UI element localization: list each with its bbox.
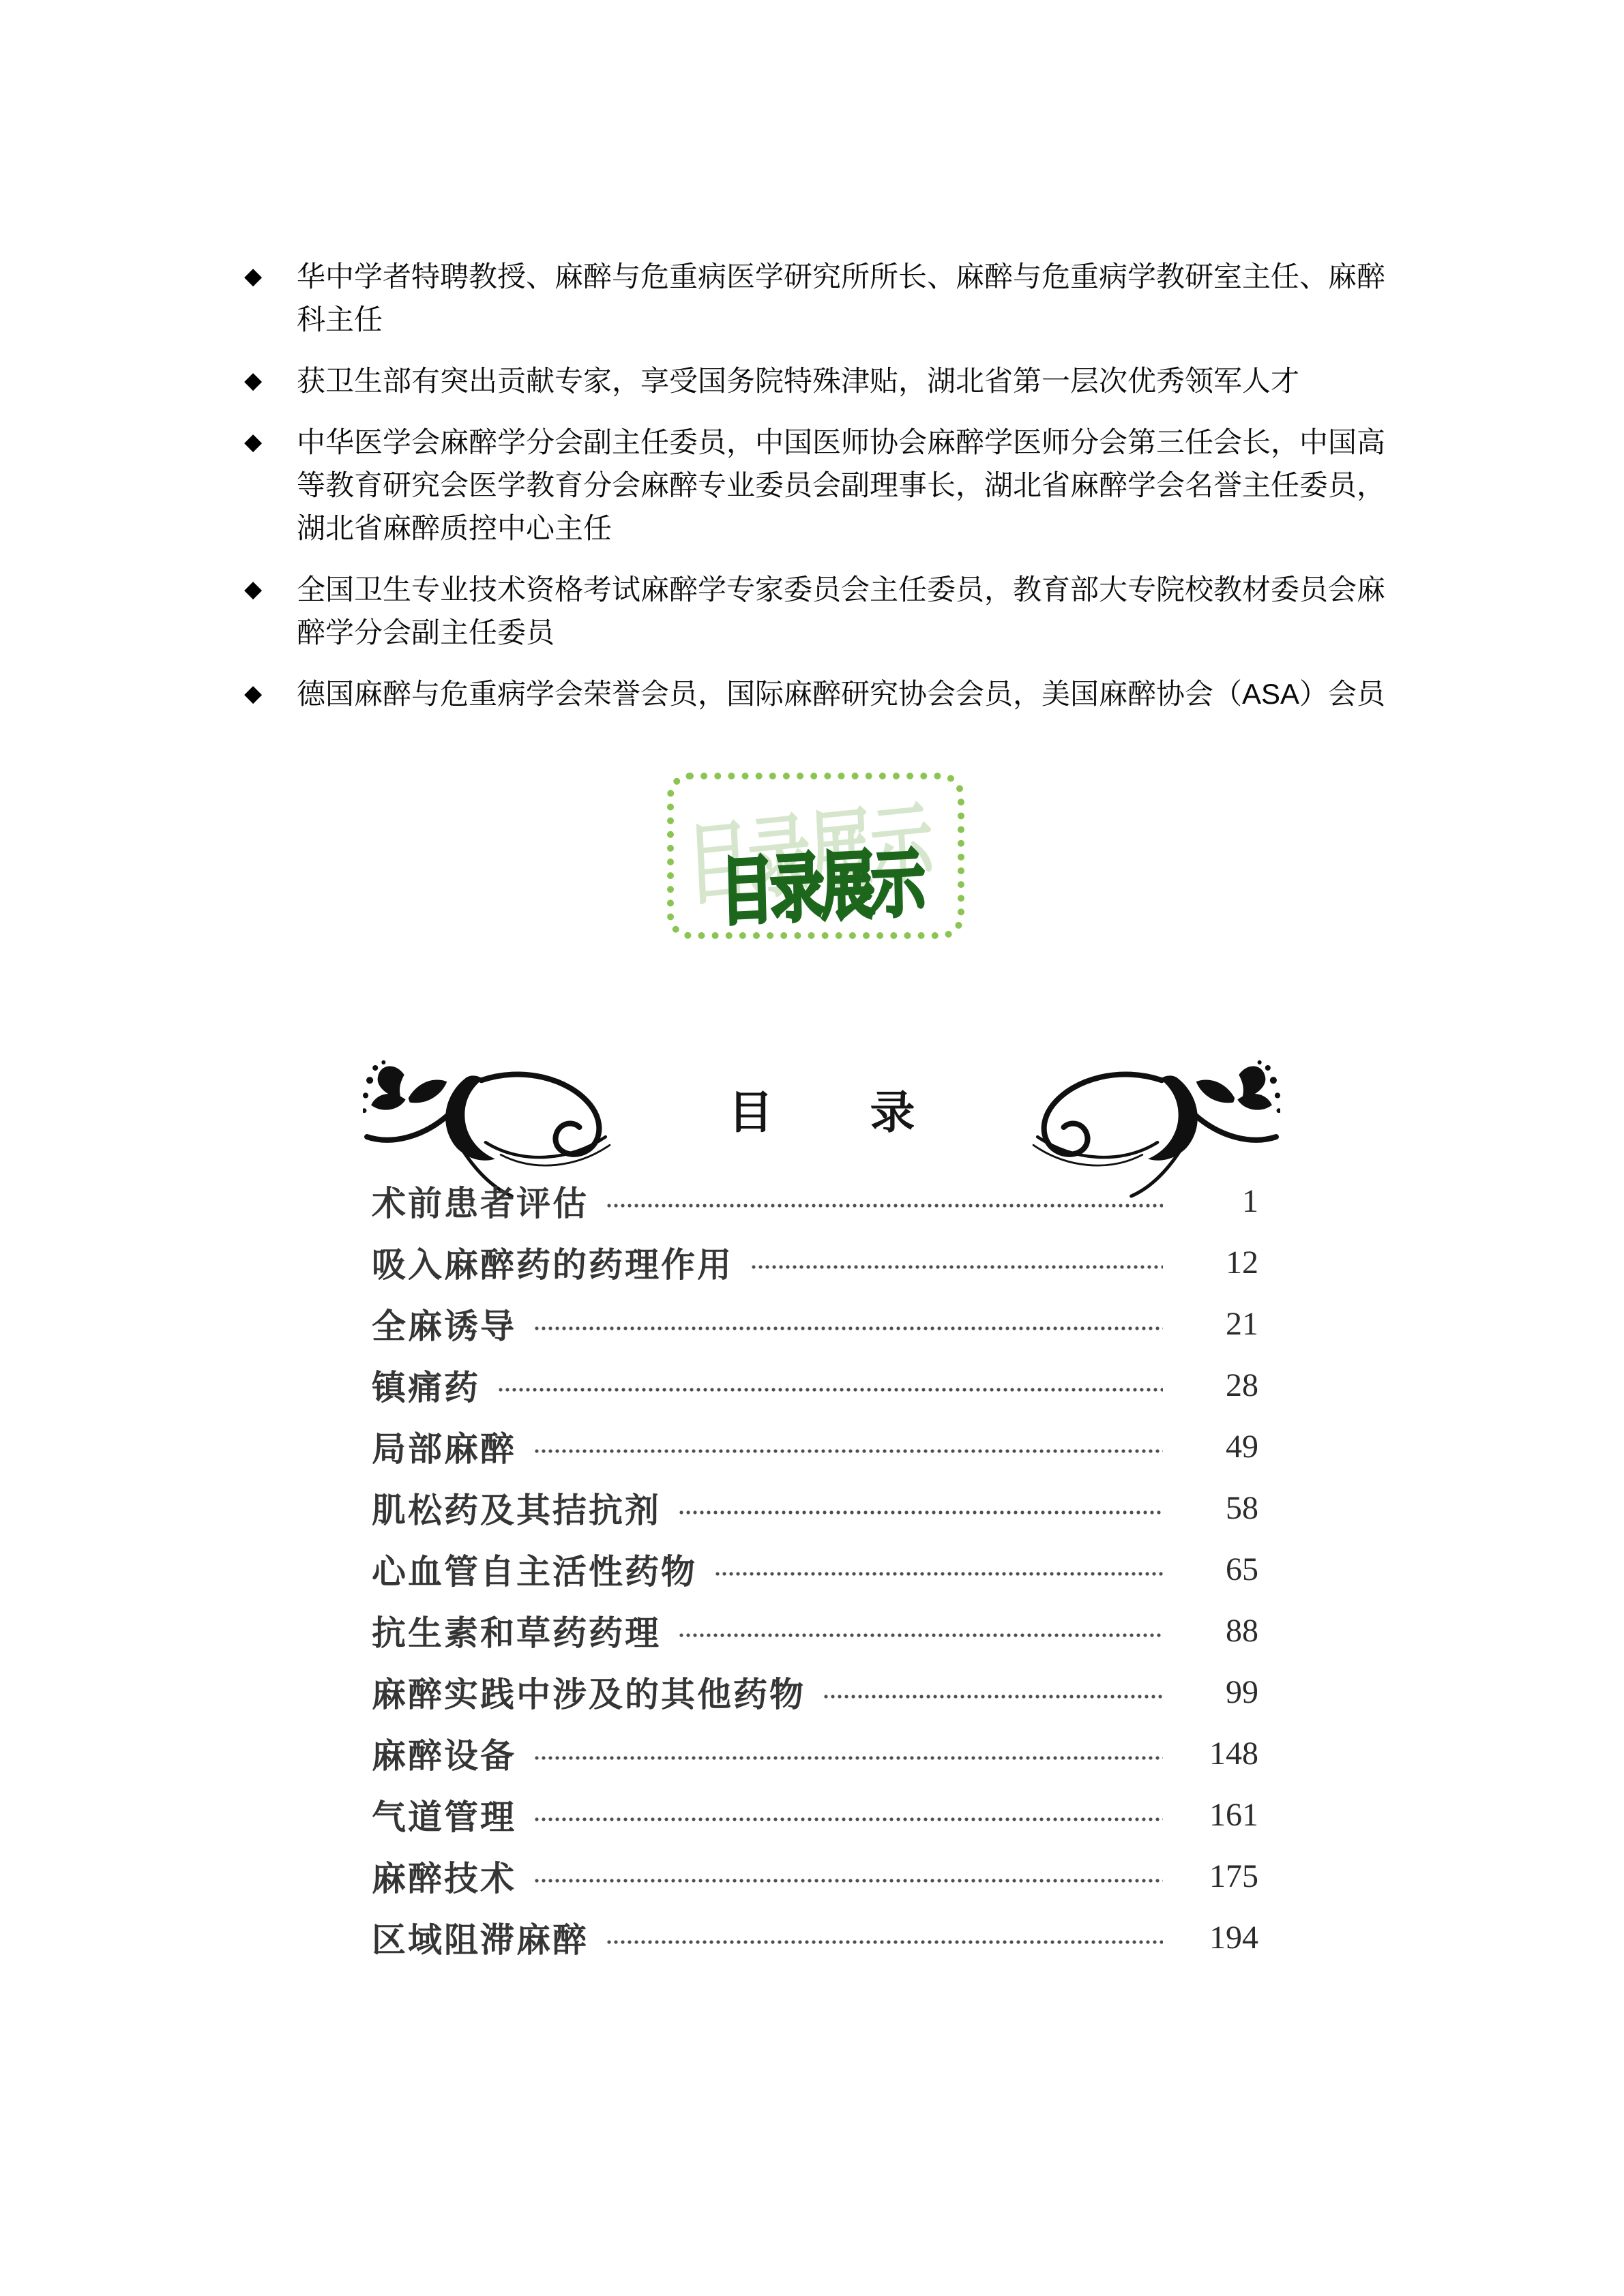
- toc-page-number: 49: [1178, 1428, 1258, 1465]
- toc-dotted-leader: [534, 1448, 1163, 1454]
- toc-row: 区域阻滞麻醉 194: [372, 1907, 1258, 1968]
- toc-dotted-leader: [715, 1571, 1163, 1577]
- toc-row: 麻醉技术 175: [372, 1845, 1258, 1907]
- toc-dotted-leader: [534, 1326, 1163, 1331]
- toc-list: 术前患者评估 1 吸入麻醉药的药理作用 12 全麻诱导 21 镇痛药 28 局部…: [372, 1170, 1258, 1968]
- toc-page-number: 148: [1178, 1735, 1258, 1772]
- toc-entry-title: 术前患者评估: [372, 1176, 589, 1225]
- toc-dotted-leader: [679, 1632, 1163, 1638]
- toc-row: 术前患者评估 1: [372, 1170, 1258, 1232]
- credential-item: ◆ 全国卫生专业技术资格考试麻醉学专家委员会主任委员，教育部大专院校教材委员会麻…: [244, 568, 1396, 654]
- toc-entry-title: 麻醉实践中涉及的其他药物: [372, 1667, 806, 1716]
- toc-showcase-badge: 目录展示 目录展示: [667, 773, 964, 939]
- toc-row: 全麻诱导 21: [372, 1293, 1258, 1354]
- toc-row: 局部麻醉 49: [372, 1416, 1258, 1477]
- toc-entry-title: 肌松药及其拮抗剂: [372, 1483, 661, 1532]
- credential-item: ◆ 德国麻醉与危重病学会荣誉会员，国际麻醉研究协会会员，美国麻醉协会（ASA）会…: [244, 672, 1396, 715]
- credential-text: 德国麻醉与危重病学会荣誉会员，国际麻醉研究协会会员，美国麻醉协会（ASA）会员: [297, 672, 1396, 715]
- toc-entry-title: 区域阻滞麻醉: [372, 1913, 589, 1962]
- toc-page-number: 1: [1178, 1182, 1258, 1220]
- toc-entry-title: 吸入麻醉药的药理作用: [372, 1238, 733, 1287]
- toc-row: 气道管理 161: [372, 1784, 1258, 1845]
- toc-row: 抗生素和草药药理 88: [372, 1600, 1258, 1661]
- toc-page-number: 194: [1178, 1919, 1258, 1956]
- toc-page-number: 65: [1178, 1551, 1258, 1588]
- toc-header-char-left: 目: [728, 1088, 773, 1138]
- credential-item: ◆ 华中学者特聘教授、麻醉与危重病医学研究所所长、麻醉与危重病学教研室主任、麻醉…: [244, 255, 1396, 341]
- toc-entry-title: 麻醉设备: [372, 1729, 516, 1778]
- toc-entry-title: 麻醉技术: [372, 1851, 516, 1900]
- diamond-bullet-icon: ◆: [244, 568, 297, 654]
- toc-page-number: 28: [1178, 1367, 1258, 1404]
- toc-row: 麻醉设备 148: [372, 1723, 1258, 1784]
- toc-dotted-leader: [534, 1817, 1163, 1822]
- toc-entry-title: 镇痛药: [372, 1360, 480, 1410]
- toc-dotted-leader: [679, 1510, 1163, 1515]
- toc-entry-title: 局部麻醉: [372, 1422, 516, 1471]
- credential-item: ◆ 获卫生部有突出贡献专家，享受国务院特殊津贴，湖北省第一层次优秀领军人才: [244, 359, 1396, 402]
- credential-item: ◆ 中华医学会麻醉学分会副主任委员，中国医师协会麻醉学医师分会第三任会长，中国高…: [244, 421, 1396, 550]
- diamond-bullet-icon: ◆: [244, 421, 297, 550]
- toc-page-number: 175: [1178, 1858, 1258, 1895]
- toc-entry-title: 全麻诱导: [372, 1299, 516, 1348]
- toc-header-title: 目录: [363, 1076, 1280, 1141]
- toc-dotted-leader: [606, 1203, 1163, 1208]
- toc-page-number: 88: [1178, 1612, 1258, 1650]
- diamond-bullet-icon: ◆: [244, 359, 297, 402]
- toc-dotted-leader: [823, 1694, 1163, 1699]
- toc-row: 心血管自主活性药物 65: [372, 1538, 1258, 1600]
- toc-page-number: 58: [1178, 1489, 1258, 1527]
- credential-text: 全国卫生专业技术资格考试麻醉学专家委员会主任委员，教育部大专院校教材委员会麻醉学…: [297, 568, 1396, 654]
- toc-dotted-leader: [751, 1264, 1163, 1270]
- toc-entry-title: 心血管自主活性药物: [372, 1545, 697, 1594]
- toc-dotted-leader: [534, 1755, 1163, 1761]
- credential-text: 获卫生部有突出贡献专家，享受国务院特殊津贴，湖北省第一层次优秀领军人才: [297, 359, 1396, 402]
- toc-entry-title: 气道管理: [372, 1790, 516, 1839]
- toc-page-number: 12: [1178, 1244, 1258, 1281]
- toc-page-number: 161: [1178, 1796, 1258, 1834]
- toc-row: 吸入麻醉药的药理作用 12: [372, 1232, 1258, 1293]
- toc-dotted-leader: [534, 1878, 1163, 1883]
- credential-text: 中华医学会麻醉学分会副主任委员，中国医师协会麻醉学医师分会第三任会长，中国高等教…: [297, 421, 1396, 550]
- credentials-list: ◆ 华中学者特聘教授、麻醉与危重病医学研究所所长、麻醉与危重病学教研室主任、麻醉…: [244, 255, 1396, 734]
- toc-row: 肌松药及其拮抗剂 58: [372, 1477, 1258, 1538]
- badge-title: 目录展示: [719, 824, 924, 940]
- toc-row: 麻醉实践中涉及的其他药物 99: [372, 1661, 1258, 1723]
- credential-text: 华中学者特聘教授、麻醉与危重病医学研究所所长、麻醉与危重病学教研室主任、麻醉科主…: [297, 255, 1396, 341]
- toc-dotted-leader: [498, 1387, 1163, 1392]
- book-detail-page: ◆ 华中学者特聘教授、麻醉与危重病医学研究所所长、麻醉与危重病学教研室主任、麻醉…: [0, 0, 1624, 2296]
- toc-page-number: 99: [1178, 1673, 1258, 1711]
- toc-dotted-leader: [606, 1939, 1163, 1945]
- toc-row: 镇痛药 28: [372, 1354, 1258, 1416]
- diamond-bullet-icon: ◆: [244, 255, 297, 341]
- toc-header-char-right: 录: [870, 1088, 915, 1138]
- diamond-bullet-icon: ◆: [244, 672, 297, 715]
- toc-page-number: 21: [1178, 1305, 1258, 1343]
- toc-entry-title: 抗生素和草药药理: [372, 1606, 661, 1655]
